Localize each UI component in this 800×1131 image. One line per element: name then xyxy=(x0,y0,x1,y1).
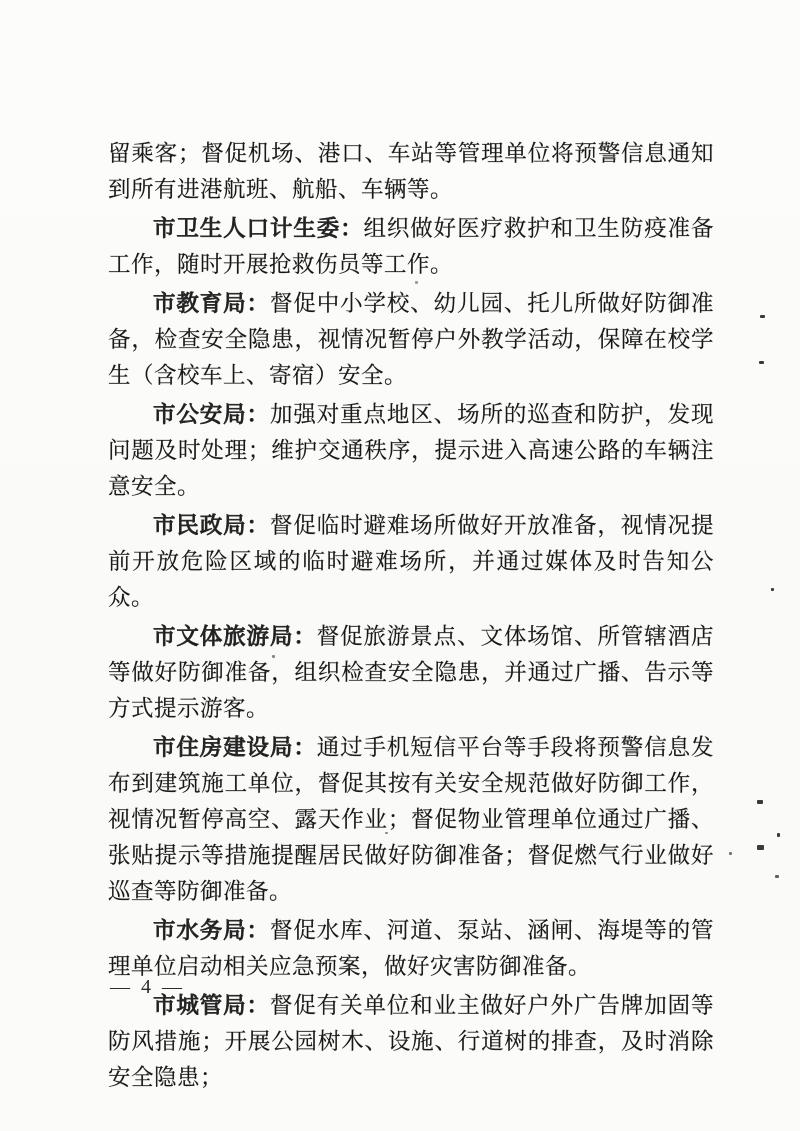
scan-speck xyxy=(385,832,388,834)
paragraph-housing-construction-bureau: 市住房建设局：通过手机短信平台等手段将预警信息发布到建筑施工单位，督促其按有关安… xyxy=(108,730,714,910)
scan-speck xyxy=(759,361,764,364)
scan-speck xyxy=(729,852,732,855)
paragraph-public-security-bureau: 市公安局：加强对重点地区、场所的巡查和防护，发现问题及时处理；维护交通秩序，提示… xyxy=(108,397,714,505)
department-name: 市民政局： xyxy=(153,513,270,538)
paragraph-water-affairs-bureau: 市水务局：督促水库、河道、泵站、涵闸、海堤等的管理单位启动相关应急预案，做好灾害… xyxy=(108,913,714,985)
scan-speck xyxy=(771,588,774,591)
scan-speck xyxy=(272,655,275,658)
department-name: 市文体旅游局： xyxy=(153,624,317,649)
scan-speck xyxy=(757,800,763,804)
paragraph-text: 通过手机短信平台等手段将预警信息发布到建筑施工单位，督促其按有关安全规范做好防御… xyxy=(108,735,714,904)
document-body: 留乘客；督促机场、港口、车站等管理单位将预警信息通知到所有进港航班、航船、车辆等… xyxy=(108,136,714,1099)
department-name: 市教育局： xyxy=(153,291,270,316)
paragraph-text: 留乘客；督促机场、港口、车站等管理单位将预警信息通知到所有进港航班、航船、车辆等… xyxy=(108,141,714,202)
paragraph-continuation: 留乘客；督促机场、港口、车站等管理单位将预警信息通知到所有进港航班、航船、车辆等… xyxy=(108,136,714,208)
scan-speck xyxy=(777,833,780,837)
paragraph-civil-affairs-bureau: 市民政局：督促临时避难场所做好开放准备，视情况提前开放危险区域的临时避难场所，并… xyxy=(108,508,714,616)
department-name: 市水务局： xyxy=(153,918,270,943)
scan-speck xyxy=(757,845,764,850)
scan-speck xyxy=(775,875,779,878)
scan-speck xyxy=(760,315,765,318)
scanned-document-page: { "document": { "paragraphs": [ { "lead"… xyxy=(0,0,800,1131)
page-number: — 4 — xyxy=(110,976,185,999)
scan-speck xyxy=(376,412,379,414)
department-name: 市住房建设局： xyxy=(153,735,317,760)
scan-speck xyxy=(284,558,287,561)
scan-speck xyxy=(415,281,418,284)
paragraph-health-commission: 市卫生人口计生委：组织做好医疗救护和卫生防疫准备工作，随时开展抢救伤员等工作。 xyxy=(108,211,714,283)
page-background: 留乘客；督促机场、港口、车站等管理单位将预警信息通知到所有进港航班、航船、车辆等… xyxy=(0,0,800,1131)
paragraph-education-bureau: 市教育局：督促中小学校、幼儿园、托儿所做好防御准备，检查安全隐患，视情况暂停户外… xyxy=(108,286,714,394)
department-name: 市公安局： xyxy=(153,402,270,427)
department-name: 市卫生人口计生委： xyxy=(153,216,364,241)
paragraph-culture-tourism-bureau: 市文体旅游局：督促旅游景点、文体场馆、所管辖酒店等做好防御准备，组织检查安全隐患… xyxy=(108,619,714,727)
paragraph-urban-management-bureau: 市城管局：督促有关单位和业主做好户外广告牌加固等防风措施；开展公园树木、设施、行… xyxy=(108,988,714,1096)
